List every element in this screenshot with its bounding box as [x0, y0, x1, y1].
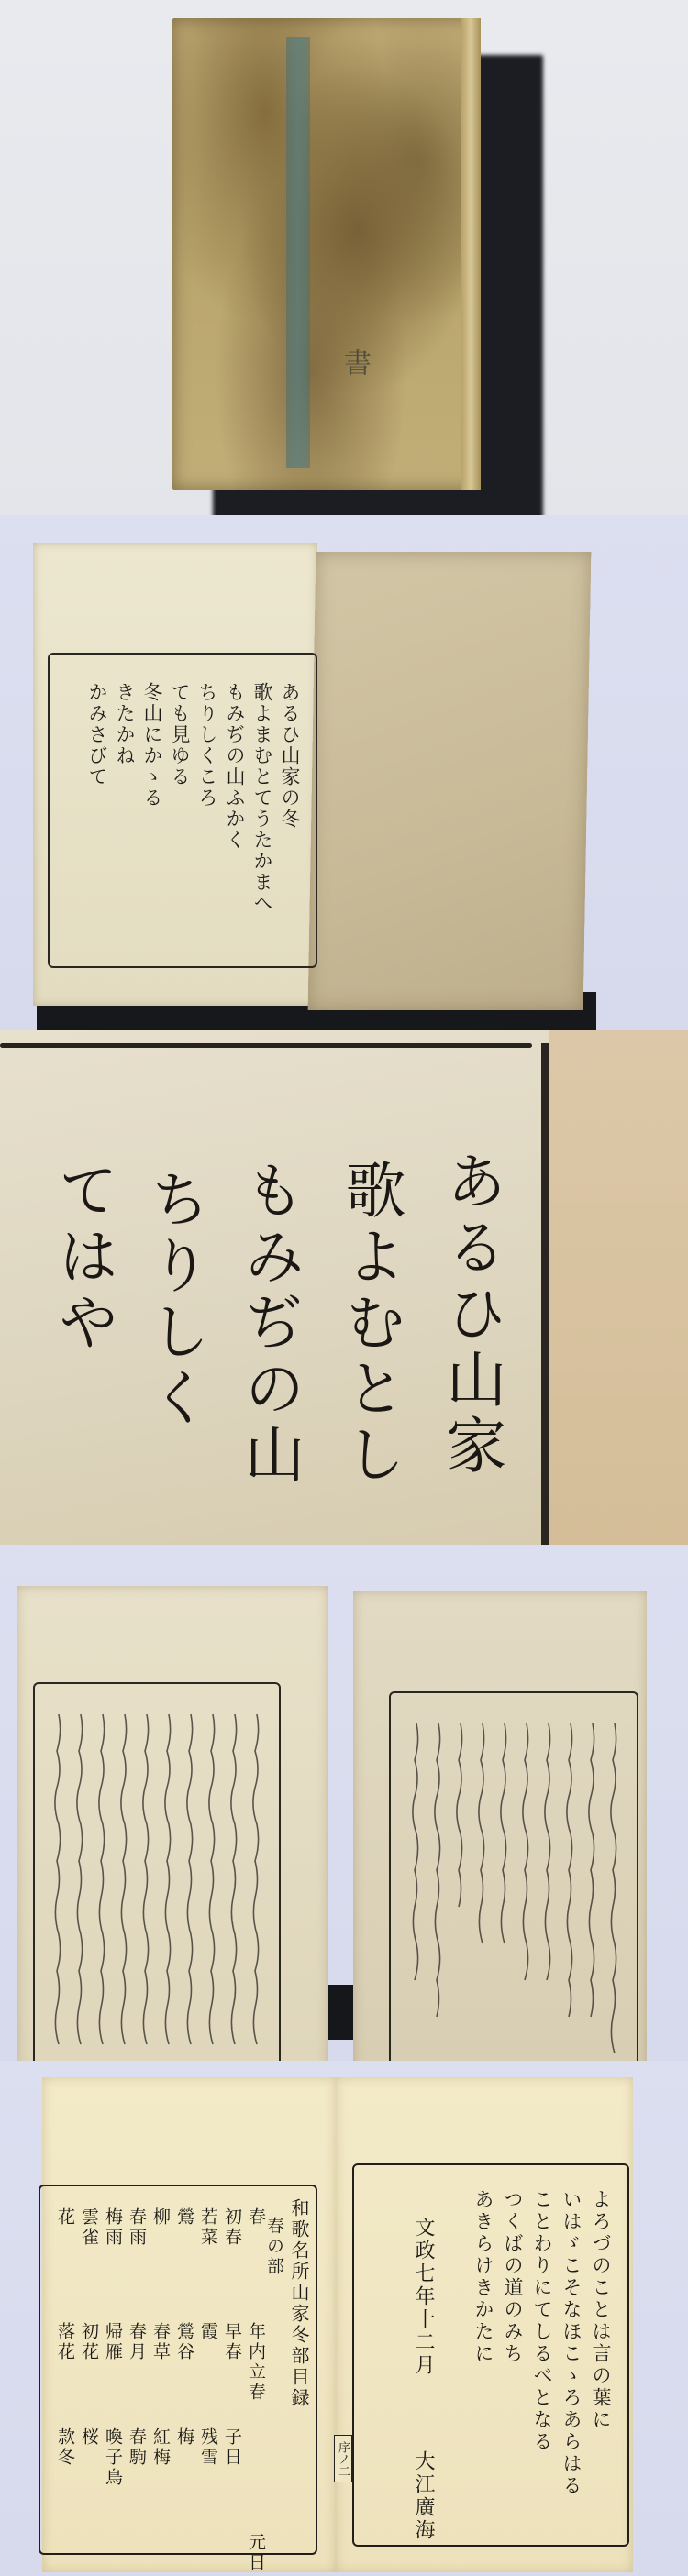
toc-entry: 若菜 [196, 2207, 221, 2248]
toc-entry: 落花 [53, 2322, 78, 2362]
text-column: ても見ゆる [167, 682, 193, 787]
preface-text-column: つくばの道のみち [499, 2189, 527, 2365]
book-spine-edge [461, 18, 481, 490]
text-column: 冬山にかゝる [139, 682, 165, 809]
toc-entry: 初花 [77, 2322, 102, 2362]
toc-entry: 帰雁 [101, 2322, 126, 2362]
text-column: ちりしくころ [194, 682, 220, 809]
toc-entry: 鶯谷 [172, 2322, 197, 2362]
toc-entry: 春月 [125, 2322, 150, 2362]
text-column: 歌よまむとてうたかまへ [250, 682, 275, 914]
toc-entry: 初春 [220, 2207, 245, 2248]
closeup-adjacent-page [549, 1030, 688, 1545]
text-column: あるひ山家の冬 [277, 682, 303, 830]
mirrored-text-left [37, 1705, 275, 2061]
book-cover: 書 [172, 18, 481, 490]
photo-toc-preface-spread: 和歌名所山家冬部目録 春の部 春 年内立春 元日 初春 早春 子日 若菜 霞 残… [0, 2061, 688, 2576]
photo-text-closeup: あるひ山家 歌よむとし もみぢの山 ちりしく てはや [0, 1030, 688, 1545]
toc-entry: 年内立春 [244, 2322, 269, 2403]
text-column: きたかね [112, 682, 138, 766]
toc-entry: 喚子鳥 [101, 2427, 126, 2488]
fold-tab-page-label: 序ノ二 [334, 2435, 352, 2482]
photo-book-cover: 書 [0, 0, 688, 515]
photo-bleedthrough-spread [0, 1545, 688, 2061]
frame-top-line [0, 1043, 532, 1048]
preface-text-column: あきらけきかたに [470, 2189, 497, 2365]
toc-entry: 梅 [172, 2427, 197, 2448]
toc-entry: 霞 [196, 2322, 221, 2342]
toc-entry: 早春 [220, 2322, 245, 2362]
preface-text-column: ことわりにてしるべとなる [528, 2189, 556, 2453]
toc-entry: 春駒 [125, 2427, 150, 2468]
toc-entry: 子日 [220, 2427, 245, 2468]
mirrored-text-right [394, 1714, 633, 2061]
preface-text-column: いはゞこそなほこゝろあらはる [558, 2189, 585, 2497]
text-column: もみぢの山ふかく [222, 682, 248, 851]
toc-entry: 春雨 [125, 2207, 150, 2248]
closeup-text-column: あるひ山家 [438, 1150, 503, 1480]
toc-title: 和歌名所山家冬部目録 [286, 2198, 313, 2409]
toc-entry: 元日 [244, 2533, 269, 2573]
preface-date: 文政七年十二月 [409, 2217, 438, 2377]
toc-entry: 桜 [77, 2427, 102, 2448]
frame-side-line [541, 1043, 549, 1545]
cover-title: 書 [319, 348, 374, 381]
toc-entry: 雲雀 [77, 2207, 102, 2248]
right-page-blank [308, 552, 592, 1010]
preface-signature: 大江廣海 [409, 2450, 438, 2542]
toc-entry: 花 [53, 2207, 78, 2228]
closeup-text-column: もみぢの山 [237, 1159, 301, 1489]
toc-entry: 春草 [149, 2322, 173, 2362]
toc-entry: 春 [244, 2207, 269, 2228]
toc-entry: 款冬 [53, 2427, 78, 2468]
closeup-text-column: 歌よむとし [338, 1159, 402, 1489]
text-column: かみさびて [84, 682, 110, 787]
closeup-text-column: てはや [50, 1159, 115, 1357]
toc-entry: 梅雨 [101, 2207, 126, 2248]
toc-entry: 紅梅 [149, 2427, 173, 2468]
photo-first-page-spread: あるひ山家の冬 歌よまむとてうたかまへ もみぢの山ふかく ちりしくころ ても見ゆ… [0, 515, 688, 1030]
closeup-text-column: ちりしく [142, 1168, 206, 1432]
cover-title-strip [286, 37, 310, 468]
preface-text-column: よろづのことは言の葉に [587, 2189, 615, 2431]
toc-entry: 残雪 [196, 2427, 221, 2468]
toc-entry: 鶯 [172, 2207, 197, 2228]
toc-entry: 柳 [149, 2207, 173, 2228]
